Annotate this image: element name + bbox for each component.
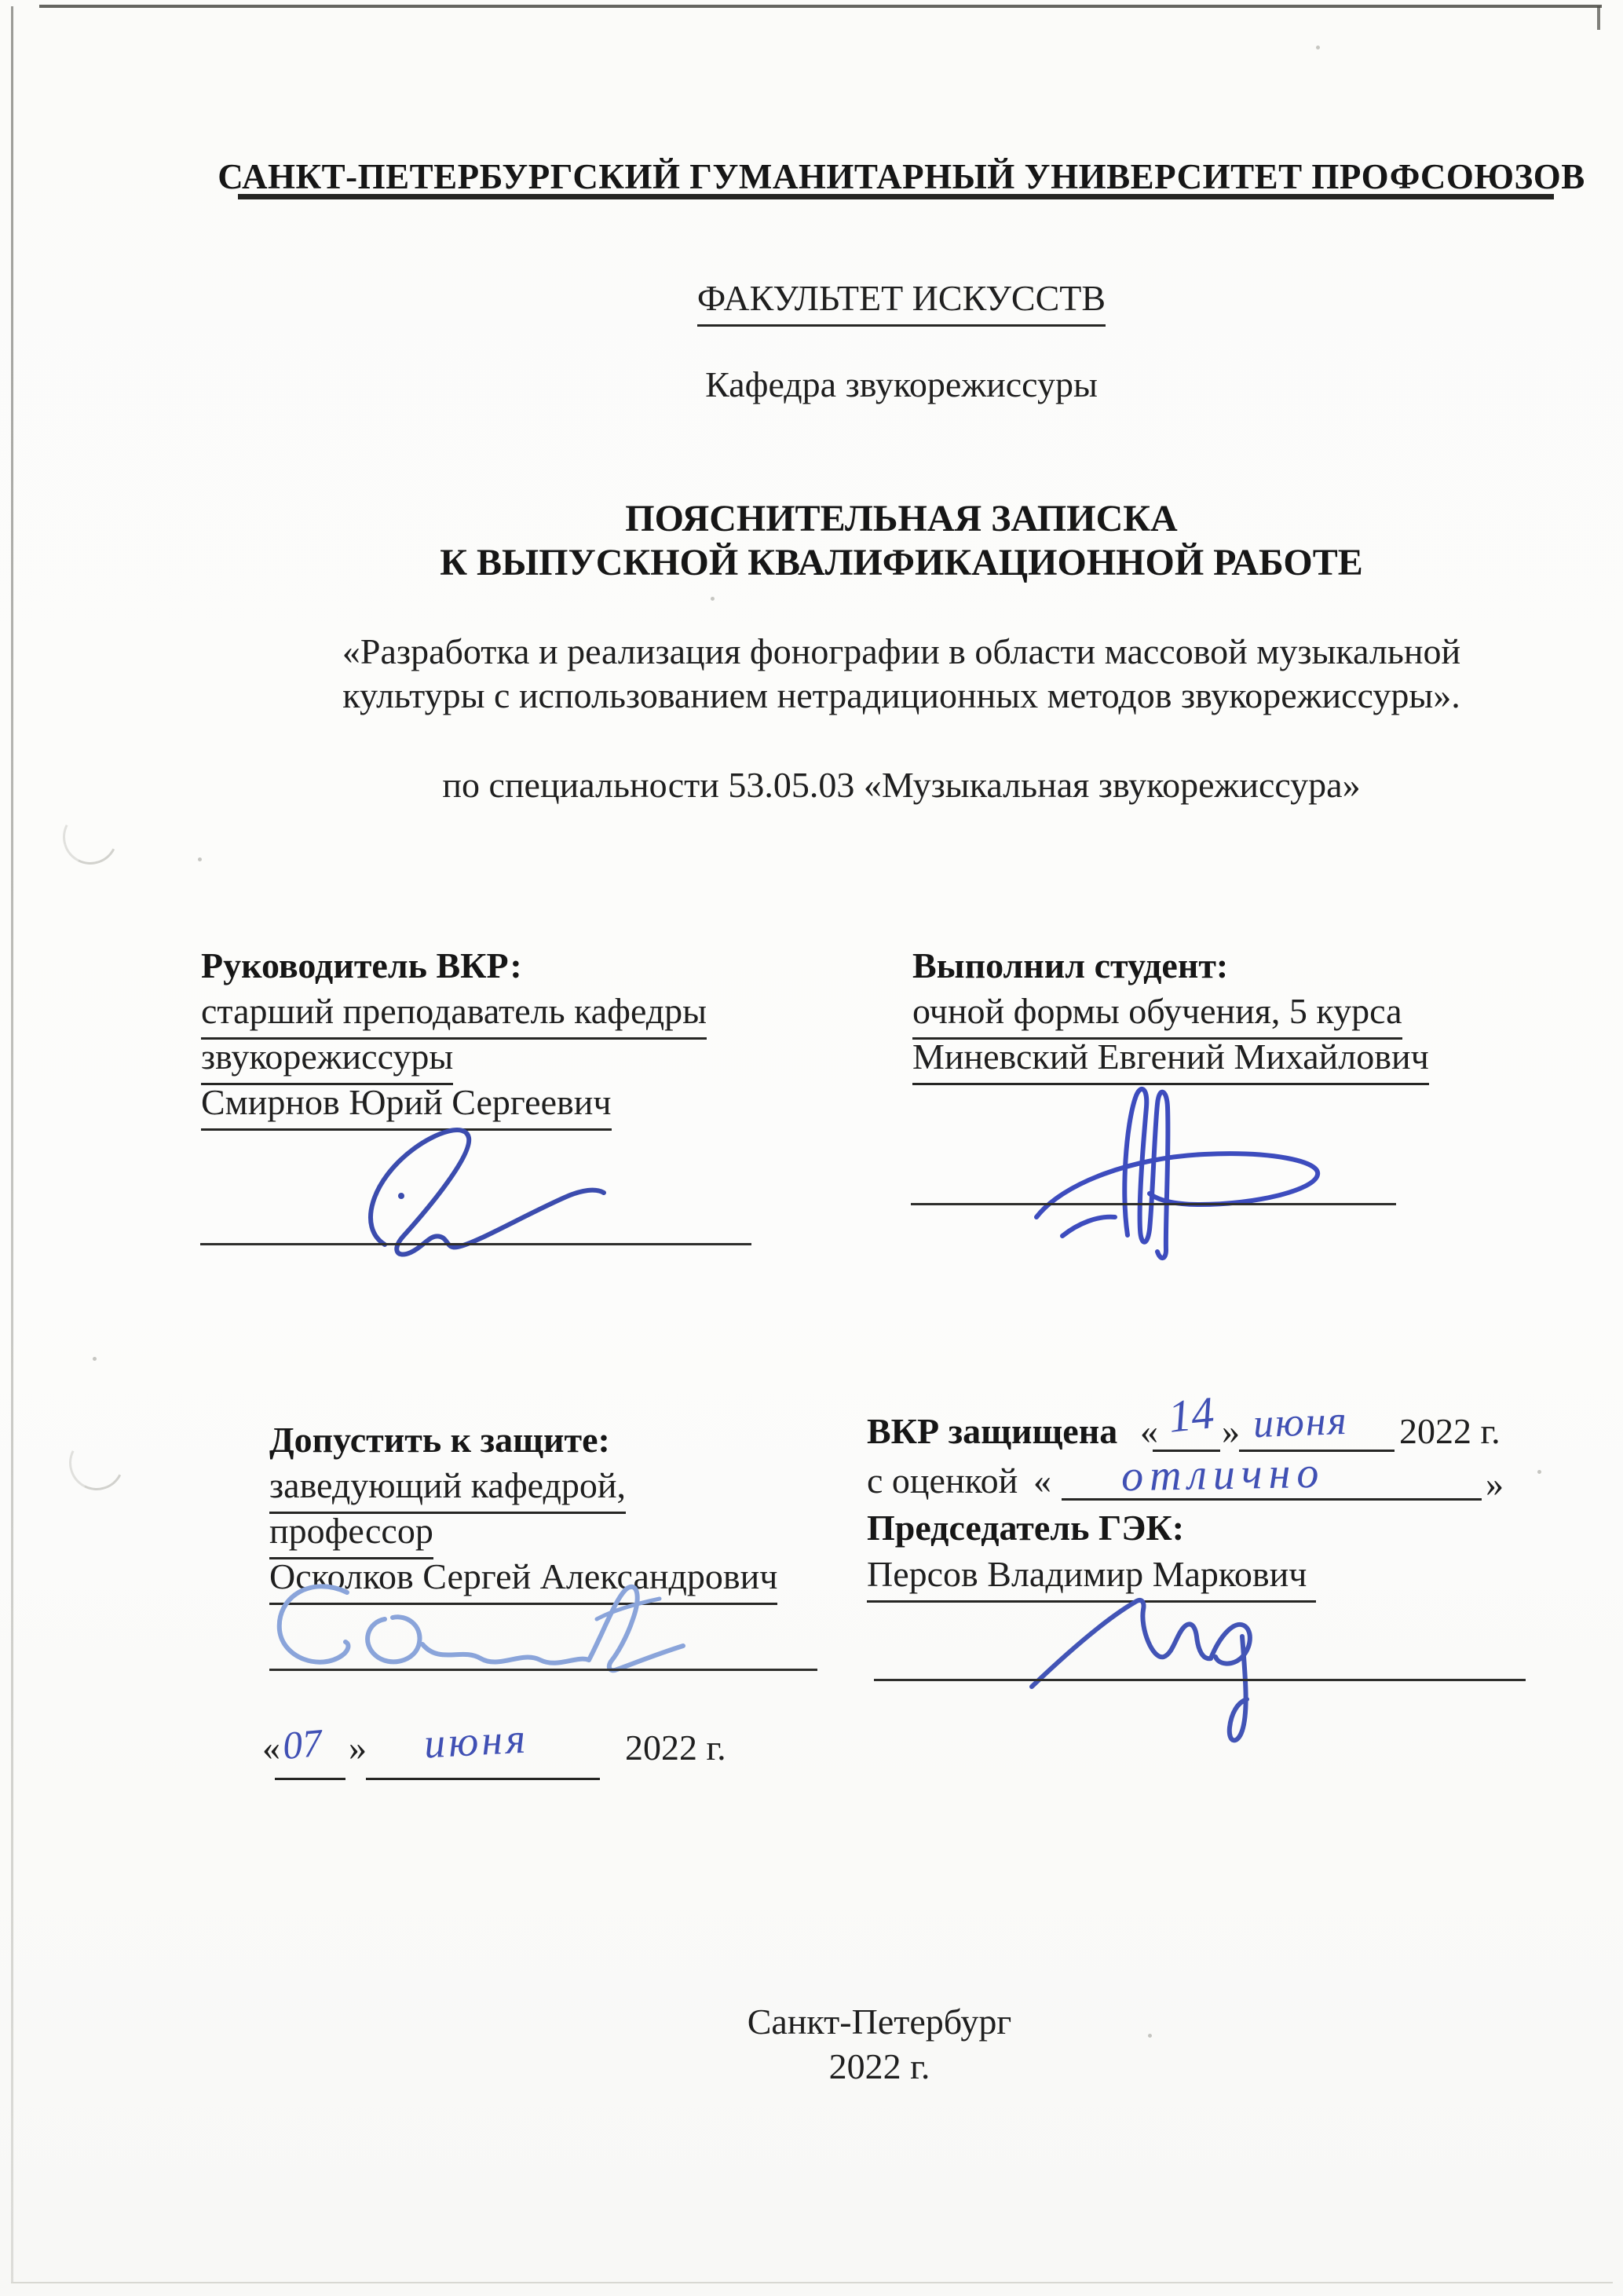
supervisor-position-line2: звукорежиссуры xyxy=(201,1035,453,1085)
scan-edge-bottom xyxy=(11,2282,1613,2283)
scan-speck xyxy=(93,1357,97,1361)
faculty-name-text: ФАКУЛЬТЕТ ИСКУССТВ xyxy=(697,276,1106,327)
admission-date-close-quote: » xyxy=(349,1726,367,1770)
footer-year: 2022 г. xyxy=(141,2045,1618,2089)
topic-line1: «Разработка и реализация фонографии в об… xyxy=(148,630,1623,674)
footer-city: Санкт-Петербург xyxy=(141,2000,1618,2044)
student-info: очной формы обучения, 5 курса xyxy=(912,989,1402,1040)
grade-close-quote: » xyxy=(1486,1462,1504,1506)
grade-handwritten: отлично xyxy=(1120,1448,1325,1502)
scan-edge-top xyxy=(39,5,1602,8)
admission-position-line2: профессор xyxy=(269,1509,433,1559)
topic-line2: культуры с использованием нетрадиционных… xyxy=(148,674,1623,718)
doc-title-line1: ПОЯСНИТЕЛЬНАЯ ЗАПИСКА xyxy=(148,496,1623,542)
scan-speck xyxy=(1316,46,1320,49)
student-signature xyxy=(1019,1082,1333,1263)
admission-signature-line xyxy=(269,1669,817,1671)
punch-hole xyxy=(56,803,125,872)
defense-year: 2022 г. xyxy=(1399,1409,1501,1453)
supervisor-position-line1: старший преподаватель кафедры xyxy=(201,989,707,1040)
scan-edge-left xyxy=(11,6,13,2282)
defense-month-handwritten: июня xyxy=(1252,1398,1349,1447)
admission-date-month-line xyxy=(366,1778,600,1780)
admission-date-day-handwritten: 07 xyxy=(281,1720,324,1768)
admission-position-line1: заведующий кафедрой, xyxy=(269,1464,626,1514)
header-rule xyxy=(238,194,1554,199)
defense-close-quote: » xyxy=(1222,1409,1240,1453)
admission-date-day-line xyxy=(275,1778,345,1780)
doc-title-line2: К ВЫПУСКНОЙ КВАЛИФИКАЦИОННОЙ РАБОТЕ xyxy=(148,540,1623,586)
supervisor-signature-line xyxy=(200,1243,751,1245)
scan-speck xyxy=(711,597,715,601)
grade-open-quote: « xyxy=(1033,1459,1051,1503)
faculty-name: ФАКУЛЬТЕТ ИСКУССТВ xyxy=(148,276,1623,327)
scan-edge-notch xyxy=(1597,6,1600,30)
admission-date-year: 2022 г. xyxy=(625,1726,726,1770)
punch-hole xyxy=(62,1428,131,1497)
admission-label: Допустить к защите: xyxy=(269,1418,777,1464)
defense-day-handwritten: 14 xyxy=(1166,1386,1217,1443)
committee-chair-label: Председатель ГЭК: xyxy=(867,1506,1184,1550)
grade-label: с оценкой xyxy=(867,1459,1018,1503)
defense-open-quote: « xyxy=(1140,1409,1158,1453)
scan-speck xyxy=(198,857,202,861)
committee-chair-signature-line xyxy=(874,1679,1526,1681)
signature-ink-dot xyxy=(398,1193,404,1199)
scan-speck xyxy=(1537,1470,1541,1474)
department-name: Кафедра звукорежиссуры xyxy=(148,363,1623,407)
student-block: Выполнил студент: очной формы обучения, … xyxy=(912,944,1429,1080)
supervisor-block: Руководитель ВКР: старший преподаватель … xyxy=(201,944,707,1126)
supervisor-label: Руководитель ВКР: xyxy=(201,944,707,989)
university-name: САНКТ-ПЕТЕРБУРГСКИЙ ГУМАНИТАРНЫЙ УНИВЕРС… xyxy=(148,155,1623,198)
specialty-line: по специальности 53.05.03 «Музыкальная з… xyxy=(148,763,1623,807)
committee-chair-signature xyxy=(1021,1592,1280,1757)
defense-label: ВКР защищена xyxy=(867,1409,1117,1453)
scanned-thesis-title-page: САНКТ-ПЕТЕРБУРГСКИЙ ГУМАНИТАРНЫЙ УНИВЕРС… xyxy=(0,0,1623,2296)
student-label: Выполнил студент: xyxy=(912,944,1429,989)
student-name: Миневский Евгений Михайлович xyxy=(912,1035,1429,1085)
admission-date-month-handwritten: июня xyxy=(422,1714,529,1768)
student-signature-line xyxy=(911,1203,1396,1205)
admission-date-open-quote: « xyxy=(262,1726,280,1770)
supervisor-signature xyxy=(326,1119,624,1260)
